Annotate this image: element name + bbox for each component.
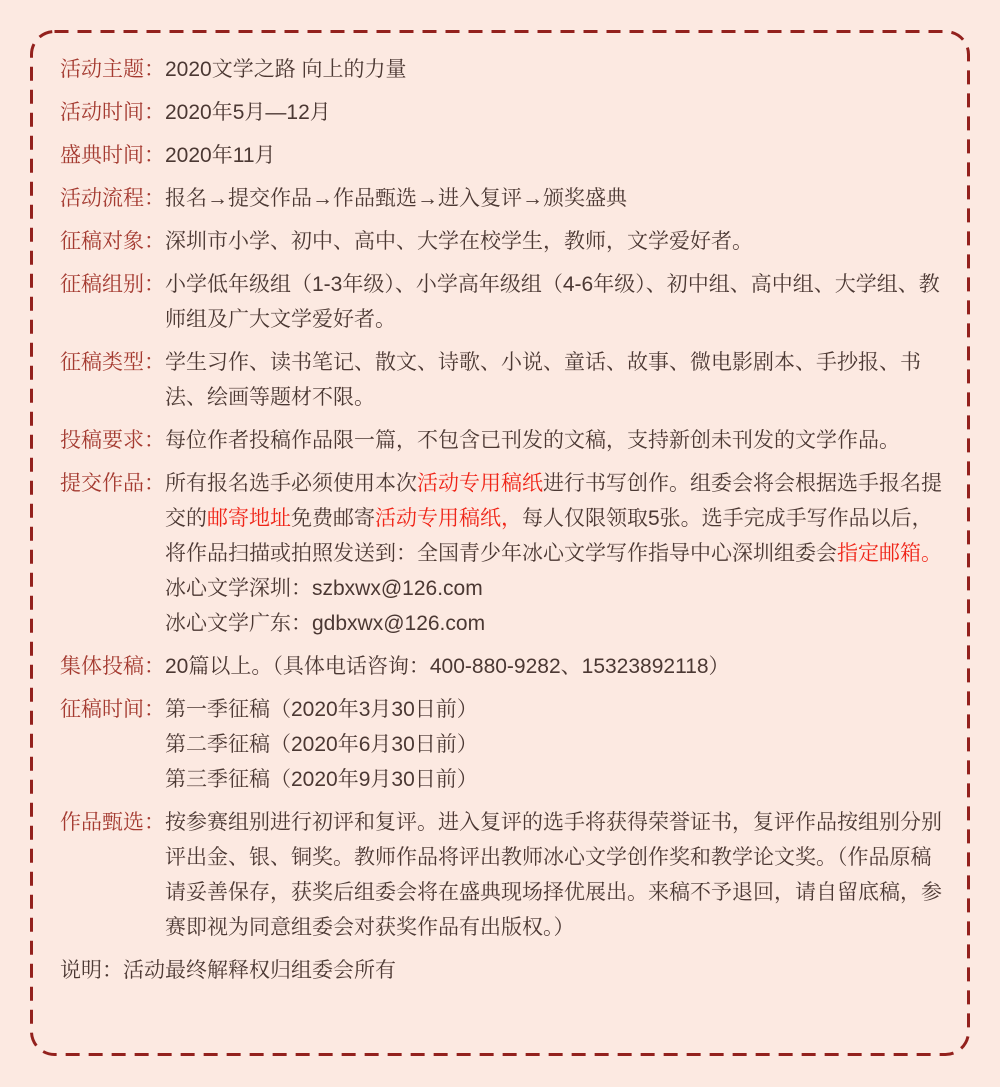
row-solicitation-schedule: 征稿时间： 第一季征稿（2020年3月30日前） 第二季征稿（2020年6月30…: [60, 692, 942, 797]
row-submit-works: 提交作品： 所有报名选手必须使用本次活动专用稿纸进行书写创作。组委会将会根据选手…: [60, 466, 942, 641]
field-value: 按参赛组别进行初评和复评。进入复评的选手将获得荣誉证书，复评作品按组别分别评出金…: [165, 805, 942, 945]
field-value: 2020年11月: [165, 138, 942, 173]
field-label: 征稿时间：: [60, 692, 165, 727]
field-value: 小学低年级组（1-3年级）、小学高年级组（4-6年级）、初中组、高中组、大学组、…: [165, 267, 942, 337]
field-value: 所有报名选手必须使用本次活动专用稿纸进行书写创作。组委会将会根据选手报名提交的邮…: [165, 466, 942, 641]
row-solicitation-groups: 征稿组别： 小学低年级组（1-3年级）、小学高年级组（4-6年级）、初中组、高中…: [60, 267, 942, 337]
row-activity-flow: 活动流程： 报名→提交作品→作品甄选→进入复评→颁奖盛典: [60, 181, 942, 216]
field-value: 每位作者投稿作品限一篇，不包含已刊发的文稿，支持新创未刊发的文学作品。: [165, 423, 942, 458]
row-activity-time: 活动时间： 2020年5月—12月: [60, 95, 942, 130]
row-disclaimer: 说明：活动最终解释权归组委会所有: [60, 953, 942, 988]
row-gala-time: 盛典时间： 2020年11月: [60, 138, 942, 173]
field-label: 活动主题：: [60, 52, 165, 87]
field-value: 学生习作、读书笔记、散文、诗歌、小说、童话、故事、微电影剧本、手抄报、书法、绘画…: [165, 345, 942, 415]
field-value: 第一季征稿（2020年3月30日前） 第二季征稿（2020年6月30日前） 第三…: [165, 692, 942, 797]
field-label: 集体投稿：: [60, 649, 165, 684]
field-label: 作品甄选：: [60, 805, 165, 840]
field-label: 征稿类型：: [60, 345, 165, 380]
row-group-submission: 集体投稿： 20篇以上。（具体电话咨询：400-880-9282、1532389…: [60, 649, 942, 684]
email-guangdong: 冰心文学广东：gdbxwx@126.com: [165, 606, 942, 641]
field-label: 盛典时间：: [60, 138, 165, 173]
email-shenzhen: 冰心文学深圳：szbxwx@126.com: [165, 571, 942, 606]
disclaimer-label: 说明：: [60, 959, 123, 982]
field-label: 活动时间：: [60, 95, 165, 130]
field-label: 投稿要求：: [60, 423, 165, 458]
row-solicitation-types: 征稿类型： 学生习作、读书笔记、散文、诗歌、小说、童话、故事、微电影剧本、手抄报…: [60, 345, 942, 415]
field-value: 报名→提交作品→作品甄选→进入复评→颁奖盛典: [165, 181, 942, 216]
field-value: 2020文学之路 向上的力量: [165, 52, 942, 87]
field-value: 20篇以上。（具体电话咨询：400-880-9282、15323892118）: [165, 649, 942, 684]
highlight-special-paper: 活动专用稿纸: [417, 472, 543, 495]
notice-body: 活动主题： 2020文学之路 向上的力量 活动时间： 2020年5月—12月 盛…: [60, 52, 942, 988]
field-label: 提交作品：: [60, 466, 165, 501]
highlight-special-paper-2: 活动专用稿纸，: [375, 507, 522, 530]
text-segment: 所有报名选手必须使用本次: [165, 472, 417, 495]
schedule-season-3: 第三季征稿（2020年9月30日前）: [165, 762, 942, 797]
schedule-season-2: 第二季征稿（2020年6月30日前）: [165, 727, 942, 762]
field-label: 征稿组别：: [60, 267, 165, 302]
field-value: 深圳市小学、初中、高中、大学在校学生，教师，文学爱好者。: [165, 224, 942, 259]
row-solicitation-target: 征稿对象： 深圳市小学、初中、高中、大学在校学生，教师，文学爱好者。: [60, 224, 942, 259]
field-label: 活动流程：: [60, 181, 165, 216]
text-segment: 免费邮寄: [291, 507, 375, 530]
highlight-mailing-address: 邮寄地址: [207, 507, 291, 530]
field-label: 征稿对象：: [60, 224, 165, 259]
row-activity-theme: 活动主题： 2020文学之路 向上的力量: [60, 52, 942, 87]
row-work-selection: 作品甄选： 按参赛组别进行初评和复评。进入复评的选手将获得荣誉证书，复评作品按组…: [60, 805, 942, 945]
field-value: 2020年5月—12月: [165, 95, 942, 130]
disclaimer-text: 活动最终解释权归组委会所有: [123, 959, 396, 982]
highlight-designated-mailbox: 指定邮箱。: [837, 542, 942, 565]
row-submission-requirements: 投稿要求： 每位作者投稿作品限一篇，不包含已刊发的文稿，支持新创未刊发的文学作品…: [60, 423, 942, 458]
schedule-season-1: 第一季征稿（2020年3月30日前）: [165, 692, 942, 727]
